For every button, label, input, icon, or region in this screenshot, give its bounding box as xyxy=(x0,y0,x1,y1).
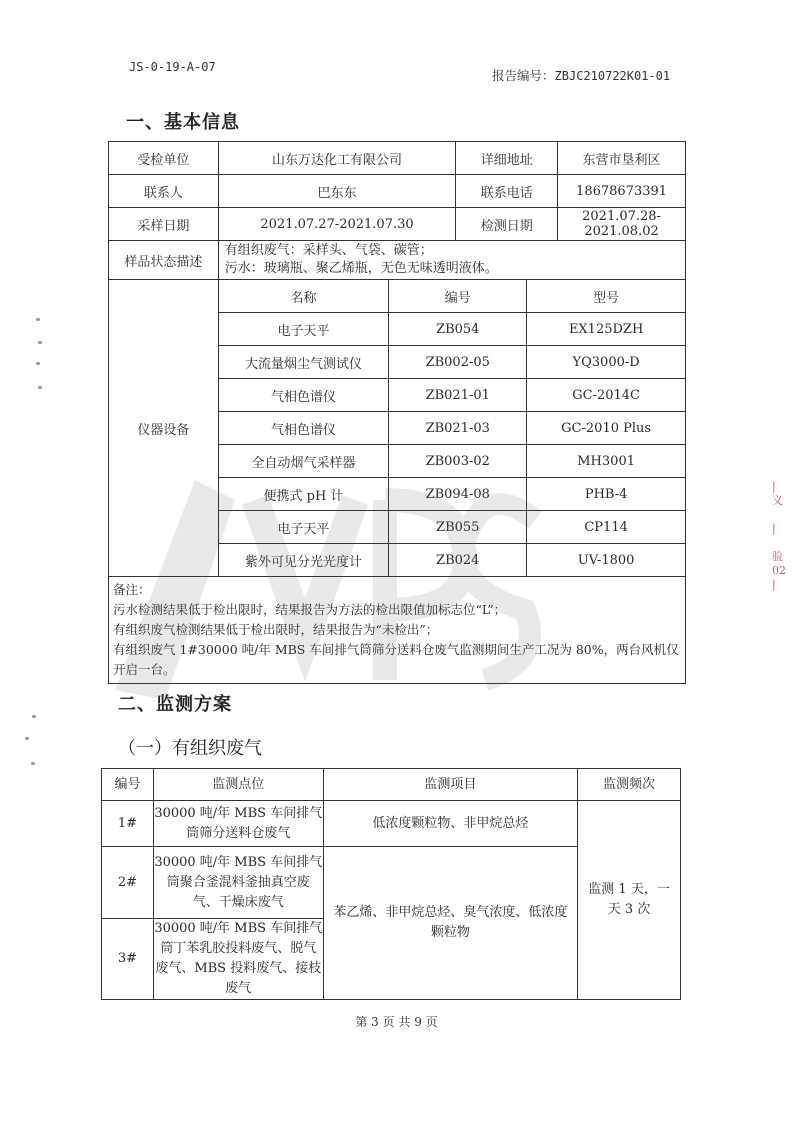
equipment-cell: 名称 编号 型号 电子天平ZB054EX125DZH 大流量烟尘气测试仪ZB00… xyxy=(218,280,685,577)
equipment-id: ZB021-01 xyxy=(389,379,527,412)
section-title-basic-info: 一、基本信息 xyxy=(126,108,240,134)
equipment-name: 大流量烟尘气测试仪 xyxy=(219,346,389,379)
table-row: 气相色谱仪ZB021-01GC-2014C xyxy=(219,379,685,412)
equipment-id: ZB054 xyxy=(389,313,527,346)
equipment-id: ZB002-05 xyxy=(389,346,527,379)
equipment-name: 气相色谱仪 xyxy=(219,412,389,445)
page-number: 第 3 页 共 9 页 xyxy=(0,1013,793,1030)
report-number-value: ZBJC210722K01-01 xyxy=(555,69,671,83)
basic-info-table: 受检单位 山东万达化工有限公司 详细地址 东营市垦利区 联系人 巴东东 联系电话… xyxy=(108,141,686,684)
notes-cell: 备注： 污水检测结果低于检出限时，结果报告为方法的检出限值加标志位“L”； 有组… xyxy=(109,577,686,684)
subsection-title-organized-exhaust: （一）有组织废气 xyxy=(118,734,262,760)
column-header: 编号 xyxy=(102,769,154,801)
point-number: 2# xyxy=(102,847,154,919)
equipment-name: 气相色谱仪 xyxy=(219,379,389,412)
table-row: 受检单位 山东万达化工有限公司 详细地址 东营市垦利区 xyxy=(109,142,686,175)
point-number: 3# xyxy=(102,919,154,1000)
column-header: 监测频次 xyxy=(578,769,681,801)
monitoring-items: 低浓度颗粒物、非甲烷总烃 xyxy=(323,801,577,847)
monitoring-point: 30000 吨/年 MBS 车间排气筒筛分送料仓废气 xyxy=(153,801,323,847)
equipment-model: PHB-4 xyxy=(527,478,685,511)
document-code: JS-0-19-A-07 xyxy=(129,60,216,74)
equipment-id: ZB021-03 xyxy=(389,412,527,445)
scan-speck xyxy=(38,341,42,344)
column-header: 编号 xyxy=(389,280,527,313)
equipment-id: ZB055 xyxy=(389,511,527,544)
table-header-row: 名称 编号 型号 xyxy=(219,280,685,313)
test-date-value: 2021.07.28-2021.08.02 xyxy=(558,208,686,241)
equipment-model: EX125DZH xyxy=(527,313,685,346)
seal-stamp-fragment: |义|验02| xyxy=(772,480,786,592)
table-row: 电子天平ZB055CP114 xyxy=(219,511,685,544)
test-date-label: 检测日期 xyxy=(456,208,558,241)
table-row: 1# 30000 吨/年 MBS 车间排气筒筛分送料仓废气 低浓度颗粒物、非甲烷… xyxy=(102,801,681,847)
phone-label: 联系电话 xyxy=(456,175,558,208)
equipment-model: UV-1800 xyxy=(527,544,685,577)
table-row: 大流量烟尘气测试仪ZB002-05YQ3000-D xyxy=(219,346,685,379)
monitoring-point: 30000 吨/年 MBS 车间排气筒丁苯乳胶投料废气、脱气废气、MBS 投料废… xyxy=(153,919,323,1000)
equipment-name: 全自动烟气采样器 xyxy=(219,445,389,478)
table-row: 电子天平ZB054EX125DZH xyxy=(219,313,685,346)
equipment-model: CP114 xyxy=(527,511,685,544)
table-row: 备注： 污水检测结果低于检出限时，结果报告为方法的检出限值加标志位“L”； 有组… xyxy=(109,577,686,684)
table-row: 样品状态描述 有组织废气：采样头、气袋、碳管； 污水：玻璃瓶、聚乙烯瓶，无色无味… xyxy=(109,241,686,280)
inspected-unit-label: 受检单位 xyxy=(109,142,219,175)
equipment-label: 仪器设备 xyxy=(109,280,219,577)
contact-label: 联系人 xyxy=(109,175,219,208)
point-number: 1# xyxy=(102,801,154,847)
monitoring-items: 苯乙烯、非甲烷总烃、臭气浓度、低浓度颗粒物 xyxy=(323,847,577,1000)
column-header: 监测点位 xyxy=(153,769,323,801)
notes-label: 备注： xyxy=(113,580,681,600)
scan-speck xyxy=(25,737,29,740)
section-title-monitoring-plan: 二、监测方案 xyxy=(118,690,232,716)
monitoring-plan-table: 编号 监测点位 监测项目 监测频次 1# 30000 吨/年 MBS 车间排气筒… xyxy=(101,768,681,1000)
sample-state-label: 样品状态描述 xyxy=(109,241,219,280)
column-header: 名称 xyxy=(219,280,389,313)
monitoring-frequency: 监测 1 天，一天 3 次 xyxy=(578,801,681,1000)
scan-speck xyxy=(38,386,42,389)
equipment-model: MH3001 xyxy=(527,445,685,478)
equipment-name: 便携式 pH 计 xyxy=(219,478,389,511)
column-header: 监测项目 xyxy=(323,769,577,801)
sampling-date-label: 采样日期 xyxy=(109,208,219,241)
address-value: 东营市垦利区 xyxy=(558,142,686,175)
note-line: 有组织废气 1#30000 吨/年 MBS 车间排气筒筛分送料仓废气监测期间生产… xyxy=(113,640,681,680)
column-header: 型号 xyxy=(527,280,685,313)
note-line: 有组织废气检测结果低于检出限时，结果报告为“未检出”； xyxy=(113,620,681,640)
equipment-model: GC-2010 Plus xyxy=(527,412,685,445)
sample-state-value: 有组织废气：采样头、气袋、碳管； 污水：玻璃瓶、聚乙烯瓶，无色无味透明液体。 xyxy=(218,241,685,280)
table-row: 便携式 pH 计ZB094-08PHB-4 xyxy=(219,478,685,511)
scan-speck xyxy=(32,715,36,718)
equipment-name: 电子天平 xyxy=(219,313,389,346)
note-line: 污水检测结果低于检出限时，结果报告为方法的检出限值加标志位“L”； xyxy=(113,600,681,620)
sample-state-line: 污水：玻璃瓶、聚乙烯瓶，无色无味透明液体。 xyxy=(225,260,685,278)
table-row: 采样日期 2021.07.27-2021.07.30 检测日期 2021.07.… xyxy=(109,208,686,241)
equipment-id: ZB003-02 xyxy=(389,445,527,478)
phone-value: 18678673391 xyxy=(558,175,686,208)
scan-speck xyxy=(31,762,35,765)
table-row: 气相色谱仪ZB021-03GC-2010 Plus xyxy=(219,412,685,445)
inspected-unit-value: 山东万达化工有限公司 xyxy=(218,142,456,175)
scan-speck xyxy=(36,318,40,321)
table-row: 仪器设备 名称 编号 型号 电子天平ZB054EX125DZH 大流量烟尘气测试… xyxy=(109,280,686,577)
report-number-label: 报告编号： xyxy=(492,68,555,83)
sampling-date-value: 2021.07.27-2021.07.30 xyxy=(218,208,456,241)
table-row: 紫外可见分光光度计ZB024UV-1800 xyxy=(219,544,685,577)
equipment-name: 紫外可见分光光度计 xyxy=(219,544,389,577)
equipment-model: GC-2014C xyxy=(527,379,685,412)
equipment-model: YQ3000-D xyxy=(527,346,685,379)
sample-state-line: 有组织废气：采样头、气袋、碳管； xyxy=(225,242,685,260)
equipment-name: 电子天平 xyxy=(219,511,389,544)
equipment-table: 名称 编号 型号 电子天平ZB054EX125DZH 大流量烟尘气测试仪ZB00… xyxy=(219,280,685,576)
table-header-row: 编号 监测点位 监测项目 监测频次 xyxy=(102,769,681,801)
monitoring-point: 30000 吨/年 MBS 车间排气筒聚合釜混料釜抽真空废气、干燥床废气 xyxy=(153,847,323,919)
equipment-id: ZB024 xyxy=(389,544,527,577)
table-row: 全自动烟气采样器ZB003-02MH3001 xyxy=(219,445,685,478)
address-label: 详细地址 xyxy=(456,142,558,175)
contact-value: 巴东东 xyxy=(218,175,456,208)
equipment-id: ZB094-08 xyxy=(389,478,527,511)
table-row: 联系人 巴东东 联系电话 18678673391 xyxy=(109,175,686,208)
report-number: 报告编号：ZBJC210722K01-01 xyxy=(492,66,670,84)
scan-speck xyxy=(36,362,40,365)
